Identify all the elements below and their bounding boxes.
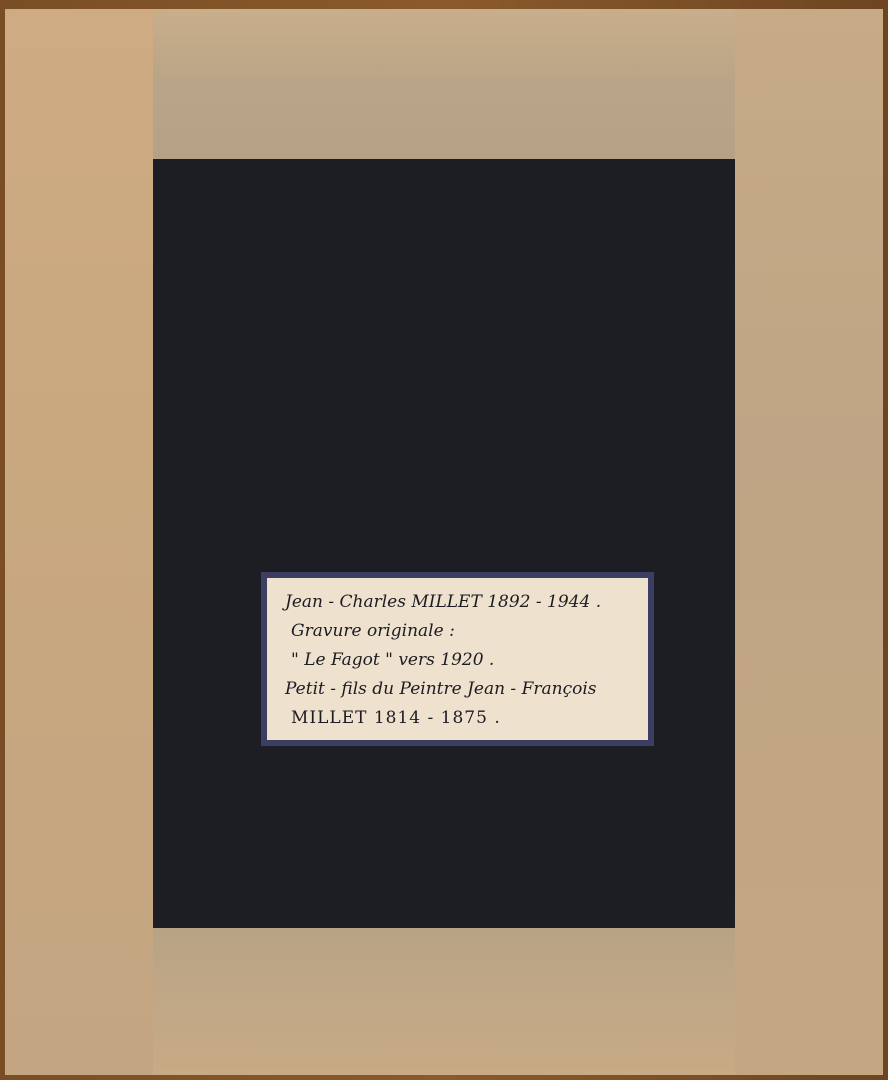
dark-backing-panel [153, 159, 735, 928]
label-line-artist: Jean - Charles MILLET 1892 - 1944 . [285, 588, 630, 617]
label-line-relation: Petit - fils du Peintre Jean - François [285, 675, 630, 704]
wooden-frame: Jean - Charles MILLET 1892 - 1944 . Grav… [0, 0, 888, 1080]
label-card: Jean - Charles MILLET 1892 - 1944 . Grav… [267, 578, 648, 740]
label-line-ancestor: MILLET 1814 - 1875 . [285, 704, 630, 733]
paper-tape-bottom [153, 928, 735, 1075]
paper-tape-right [735, 9, 883, 1075]
paper-tape-top [153, 9, 735, 159]
paper-tape-left [5, 9, 153, 1075]
label-line-medium: Gravure originale : [285, 617, 630, 646]
handwritten-label: Jean - Charles MILLET 1892 - 1944 . Grav… [261, 572, 654, 746]
label-line-title: " Le Fagot " vers 1920 . [285, 646, 630, 675]
